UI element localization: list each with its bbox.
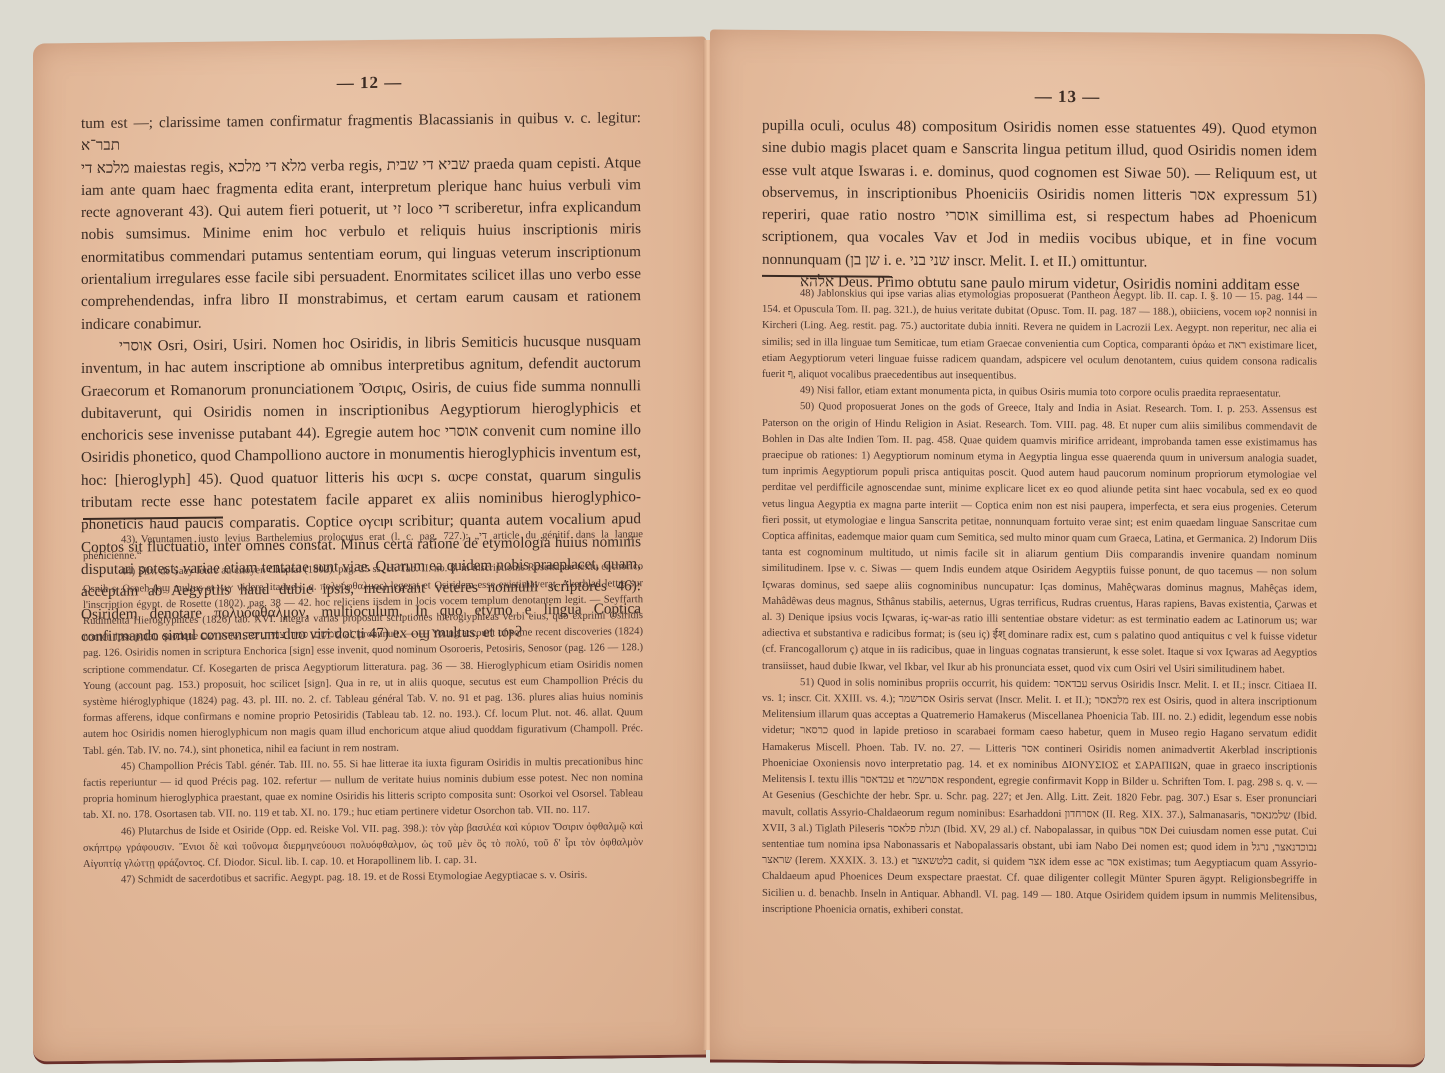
footnote-51: 51) Quod in solis nominibus propriis occ…	[762, 675, 1317, 922]
footnote-44: 44) Silv. de Sacy lettre au citoyen Chap…	[83, 560, 643, 760]
footnote-50: 50) Quod proposuerat Jones on the gods o…	[762, 399, 1317, 678]
left-page: — 12 — tum est —; clarissime tamen confi…	[33, 36, 706, 1064]
left-footnotes: 43) Veruntamen iusto levius Barthelemius…	[83, 527, 643, 889]
page-number-12: — 12 —	[33, 69, 706, 96]
footnote-45: 45) Champollion Précis Tabl. génér. Tab.…	[83, 754, 643, 825]
left-body-paragraph-1: tum est —; clarissime tamen confirmatur …	[81, 107, 641, 157]
right-footnotes: 48) Jablonskius qui ipse varias alias et…	[762, 286, 1317, 922]
footnote-46: 46) Plutarchus de Iside et Osiride (Opp.…	[83, 819, 643, 873]
left-body-paragraph-2: מלכא די maiestas regis, מלא די מלכא verb…	[81, 152, 641, 336]
footnote-48: 48) Jablonskius qui ipse varias alias et…	[762, 286, 1317, 387]
right-body-paragraph-1: pupilla oculi, oculus 48) compositum Osi…	[762, 115, 1317, 275]
right-body-text: pupilla oculi, oculus 48) compositum Osi…	[762, 115, 1317, 297]
page-number-13: — 13 —	[710, 85, 1425, 110]
open-book: — 12 — tum est —; clarissime tamen confi…	[0, 0, 1445, 1073]
right-page: — 13 — pupilla oculi, oculus 48) composi…	[710, 30, 1425, 1068]
